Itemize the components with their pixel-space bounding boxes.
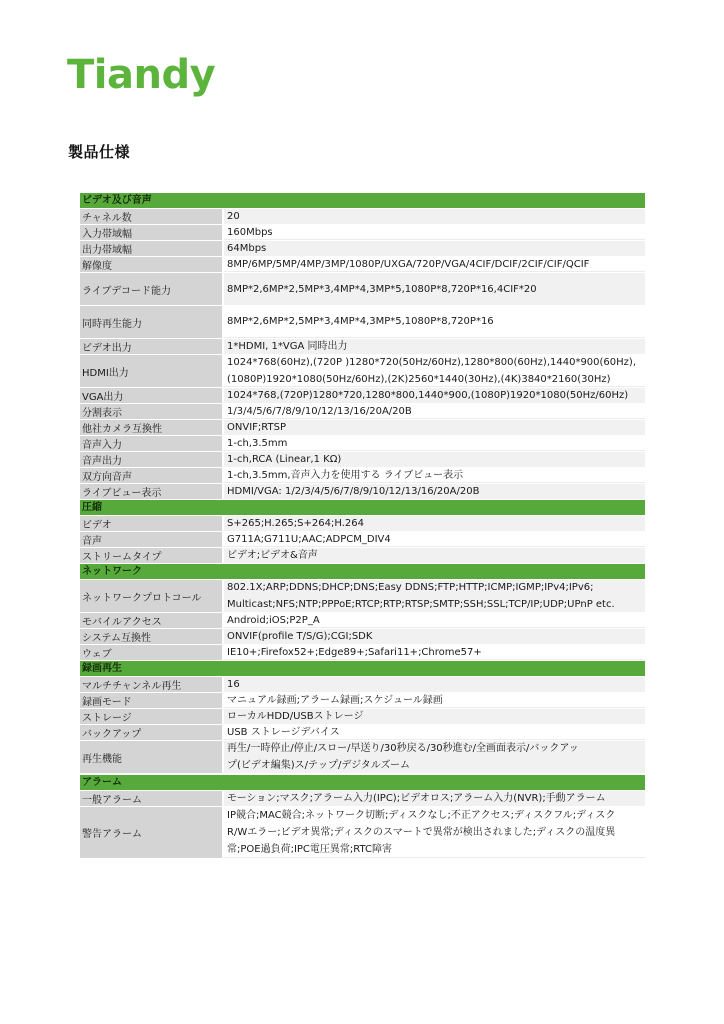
table-row: 音声G711A;G711U;AAC;ADPCM_DIV4	[80, 532, 645, 547]
row-label: ストリームタイプ	[80, 548, 222, 563]
table-row: VGA出力1024*768,(720P)1280*720,1280*800,14…	[80, 388, 645, 403]
row-value: IE10+;Firefox52+;Edge89+;Safari11+;Chrom…	[224, 645, 645, 660]
section-header-alarm: アラーム	[80, 775, 645, 790]
table-row: 入力帯域幅160Mbps	[80, 225, 645, 240]
row-value: ローカルHDD/USBストレージ	[224, 709, 645, 724]
row-value: 20	[224, 209, 645, 224]
page-title: 製品仕様	[68, 141, 130, 162]
row-value: G711A;G711U;AAC;ADPCM_DIV4	[224, 532, 645, 547]
row-label: ビデオ	[80, 516, 222, 531]
table-row: ストリームタイプビデオ;ビデオ&音声	[80, 548, 645, 563]
table-row: 分割表示1/3/4/5/6/7/8/9/10/12/13/16/20A/20B	[80, 404, 645, 419]
table-row: ビデオ出力1*HDMI, 1*VGA 同時出力	[80, 339, 645, 354]
table-row: ネットワークプロトコール802.1X;ARP;DDNS;DHCP;DNS;Eas…	[80, 580, 645, 612]
row-label: 入力帯域幅	[80, 225, 222, 240]
table-row: モバイルアクセスAndroid;iOS;P2P_A	[80, 613, 645, 628]
row-value: 16	[224, 677, 645, 692]
row-label: 出力帯域幅	[80, 241, 222, 256]
table-row: 双方向音声1-ch,3.5mm,音声入力を使用する ライブビュー表示	[80, 468, 645, 483]
row-value: 160Mbps	[224, 225, 645, 240]
table-row: 一般アラームモーション;マスク;アラーム入力(IPC);ビデオロス;アラーム入力…	[80, 791, 645, 806]
row-label: 録画モード	[80, 693, 222, 708]
table-row: ビデオS+265;H.265;S+264;H.264	[80, 516, 645, 531]
row-value: 1024*768,(720P)1280*720,1280*800,1440*90…	[224, 388, 645, 403]
section-header-video-audio: ビデオ及び音声	[80, 193, 645, 208]
row-label: 双方向音声	[80, 468, 222, 483]
section-header-compression: 圧縮	[80, 500, 645, 515]
row-value: ONVIF;RTSP	[224, 420, 645, 435]
row-value: 8MP*2,6MP*2,5MP*3,4MP*4,3MP*5,1080P*8,72…	[224, 306, 645, 338]
table-row: ライブデコード能力8MP*2,6MP*2,5MP*3,4MP*4,3MP*5,1…	[80, 273, 645, 305]
table-row: ライブビュー表示HDMI/VGA: 1/2/3/4/5/6/7/8/9/10/1…	[80, 484, 645, 499]
row-value: マニュアル録画;アラーム録画;スケジュール録画	[224, 693, 645, 708]
table-row: 他社カメラ互換性ONVIF;RTSP	[80, 420, 645, 435]
table-row: 解像度8MP/6MP/5MP/4MP/3MP/1080P/UXGA/720P/V…	[80, 257, 645, 272]
row-value: 1*HDMI, 1*VGA 同時出力	[224, 339, 645, 354]
row-label: ウェブ	[80, 645, 222, 660]
row-label: 音声	[80, 532, 222, 547]
table-row: ストレージローカルHDD/USBストレージ	[80, 709, 645, 724]
row-label: 解像度	[80, 257, 222, 272]
table-row: 出力帯域幅64Mbps	[80, 241, 645, 256]
row-label: チャネル数	[80, 209, 222, 224]
row-label: ビデオ出力	[80, 339, 222, 354]
row-value: S+265;H.265;S+264;H.264	[224, 516, 645, 531]
row-label: 警告アラーム	[80, 807, 222, 858]
row-label: ネットワークプロトコール	[80, 580, 222, 612]
row-value: 8MP*2,6MP*2,5MP*3,4MP*4,3MP*5,1080P*8,72…	[224, 273, 645, 305]
table-row: 警告アラームIP競合;MAC競合;ネットワーク切断;ディスクなし;不正アクセス;…	[80, 807, 645, 858]
table-row: 音声出力1-ch,RCA (Linear,1 KΩ)	[80, 452, 645, 467]
row-value: 8MP/6MP/5MP/4MP/3MP/1080P/UXGA/720P/VGA/…	[224, 257, 645, 272]
section-header-recording: 録画再生	[80, 661, 645, 676]
row-label: ライブビュー表示	[80, 484, 222, 499]
row-label: バックアップ	[80, 725, 222, 740]
row-value: Android;iOS;P2P_A	[224, 613, 645, 628]
row-label: マルチチャンネル再生	[80, 677, 222, 692]
row-value: IP競合;MAC競合;ネットワーク切断;ディスクなし;不正アクセス;ディスクフル…	[224, 807, 645, 858]
row-label: 再生機能	[80, 741, 222, 773]
table-row: チャネル数20	[80, 209, 645, 224]
table-row: バックアップUSB ストレージデバイス	[80, 725, 645, 740]
row-label: ライブデコード能力	[80, 273, 222, 305]
row-value: 再生/一時停止/停止/スロー/早送り/30秒戻る/30秒進む/全画面表示/バック…	[224, 741, 645, 773]
row-value: ONVIF(profile T/S/G);CGI;SDK	[224, 629, 645, 644]
section-header-network: ネットワーク	[80, 564, 645, 579]
row-value: ビデオ;ビデオ&音声	[224, 548, 645, 563]
row-value: HDMI/VGA: 1/2/3/4/5/6/7/8/9/10/12/13/16/…	[224, 484, 645, 499]
row-value: 1024*768(60Hz),(720P )1280*720(50Hz/60Hz…	[224, 355, 645, 387]
table-row: HDMI出力1024*768(60Hz),(720P )1280*720(50H…	[80, 355, 645, 387]
table-row: マルチチャンネル再生16	[80, 677, 645, 692]
row-label: 音声入力	[80, 436, 222, 451]
row-label: 同時再生能力	[80, 306, 222, 338]
row-label: HDMI出力	[80, 355, 222, 387]
row-value: 1/3/4/5/6/7/8/9/10/12/13/16/20A/20B	[224, 404, 645, 419]
table-row: 録画モードマニュアル録画;アラーム録画;スケジュール録画	[80, 693, 645, 708]
row-label: モバイルアクセス	[80, 613, 222, 628]
row-label: 他社カメラ互換性	[80, 420, 222, 435]
row-label: VGA出力	[80, 388, 222, 403]
row-value: 1-ch,3.5mm	[224, 436, 645, 451]
row-label: 一般アラーム	[80, 791, 222, 806]
table-row: 音声入力1-ch,3.5mm	[80, 436, 645, 451]
row-value: 802.1X;ARP;DDNS;DHCP;DNS;Easy DDNS;FTP;H…	[224, 580, 645, 612]
row-label: 分割表示	[80, 404, 222, 419]
table-row: 再生機能再生/一時停止/停止/スロー/早送り/30秒戻る/30秒進む/全画面表示…	[80, 741, 645, 773]
table-row: 同時再生能力8MP*2,6MP*2,5MP*3,4MP*4,3MP*5,1080…	[80, 306, 645, 338]
row-label: ストレージ	[80, 709, 222, 724]
row-value: モーション;マスク;アラーム入力(IPC);ビデオロス;アラーム入力(NVR);…	[224, 791, 645, 806]
row-value: USB ストレージデバイス	[224, 725, 645, 740]
row-value: 64Mbps	[224, 241, 645, 256]
spec-table: ビデオ及び音声 チャネル数20 入力帯域幅160Mbps 出力帯域幅64Mbps…	[80, 193, 645, 859]
row-value: 1-ch,RCA (Linear,1 KΩ)	[224, 452, 645, 467]
row-value: 1-ch,3.5mm,音声入力を使用する ライブビュー表示	[224, 468, 645, 483]
table-row: ウェブIE10+;Firefox52+;Edge89+;Safari11+;Ch…	[80, 645, 645, 660]
table-row: システム互換性ONVIF(profile T/S/G);CGI;SDK	[80, 629, 645, 644]
row-label: システム互換性	[80, 629, 222, 644]
tiandy-logo: Tiandy	[67, 55, 215, 95]
row-label: 音声出力	[80, 452, 222, 467]
